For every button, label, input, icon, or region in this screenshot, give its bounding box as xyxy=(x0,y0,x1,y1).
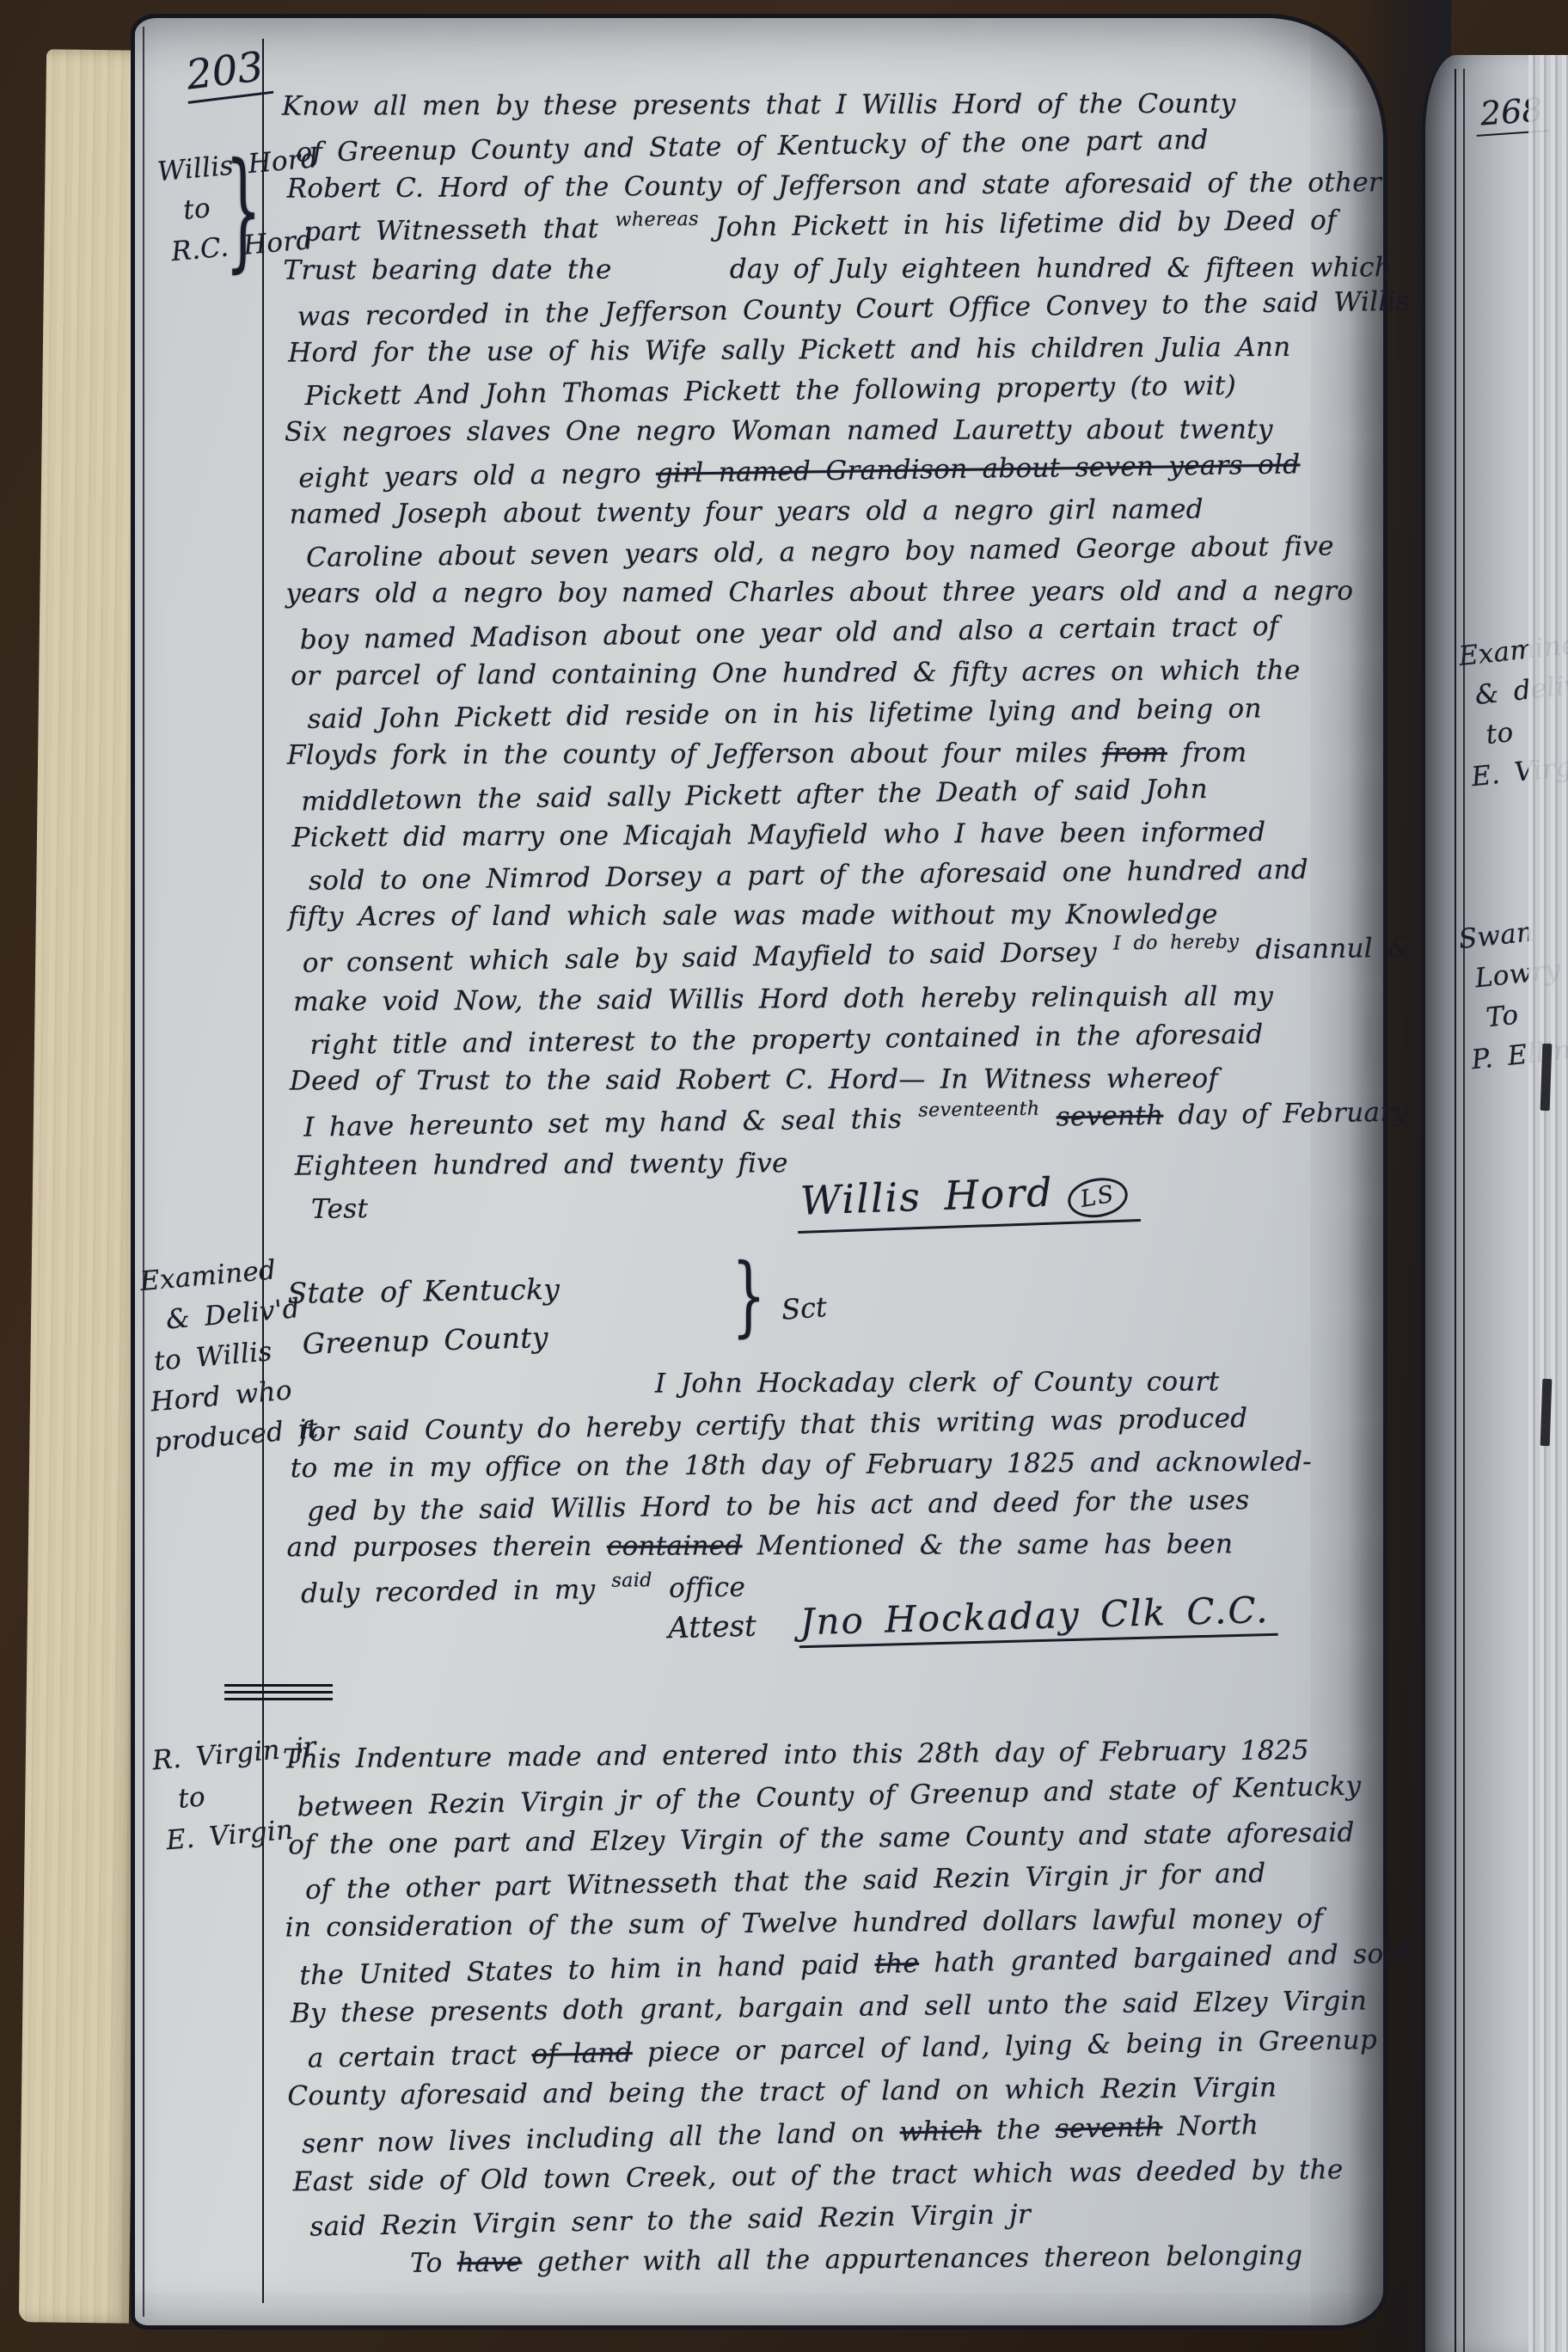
struck-out-text: girl named Grandison about seven years o… xyxy=(656,449,1301,488)
interlined-text: said xyxy=(611,1560,652,1602)
attest-label: Attest xyxy=(668,1609,757,1646)
deed-book-left-page: 203 Willis HordtoR.C. Hord } Know all me… xyxy=(131,14,1387,2330)
certificate-sct-abbreviation: Sct xyxy=(781,1290,828,1326)
deed-book-photograph: 203 Willis HordtoR.C. Hord } Know all me… xyxy=(0,0,1568,2352)
signature-name: Willis Hord xyxy=(799,1169,1055,1224)
brace-glyph: } xyxy=(225,138,261,286)
seal-mark: LS xyxy=(1064,1173,1130,1222)
struck-out-text: from xyxy=(1102,738,1167,769)
deed-rezin-virgin-text: This Indenture made and entered into thi… xyxy=(283,1726,1375,2289)
struck-out-text: have xyxy=(457,2247,523,2279)
deed-willis-hord-text: Know all men by these presents that I Wi… xyxy=(282,81,1375,1228)
struck-out-text: which xyxy=(899,2116,982,2148)
interlined-text: I do hereby xyxy=(1113,922,1240,964)
struck-out-text: seventh xyxy=(1055,2111,1162,2144)
brace-glyph: } xyxy=(732,1246,765,1347)
interlined-text: whereas xyxy=(615,199,699,241)
struck-out-text: the xyxy=(874,1948,919,1980)
certificate-heading: State of Kentucky Greenup County xyxy=(287,1252,1374,1363)
willis-hord-signature: Willis HordLS xyxy=(796,1166,1141,1234)
deed-book-right-page-edge: 268 Examined& deliv'dtoE. Virgin SwanLow… xyxy=(1422,55,1568,2352)
struck-out-text: seventh xyxy=(1056,1100,1163,1133)
interlined-text: seventeenth xyxy=(918,1089,1040,1131)
struck-out-text: contained xyxy=(607,1530,743,1562)
struck-out-text: of land xyxy=(531,2037,633,2070)
page-number: 203 xyxy=(182,42,273,104)
facing-page-margin-rule xyxy=(1455,69,1456,2352)
page-stack-edges xyxy=(1528,55,1568,2352)
handwritten-line: part Witnesseth that whereas John Picket… xyxy=(303,200,1368,255)
entry-divider-rule xyxy=(224,1684,333,1687)
clerk-certificate-text: I John Hockaday clerk of County courtfor… xyxy=(285,1359,1372,1614)
margin-rule-line xyxy=(262,39,264,2303)
handwritten-line: To have gether with all the appurtenance… xyxy=(410,2234,1375,2285)
